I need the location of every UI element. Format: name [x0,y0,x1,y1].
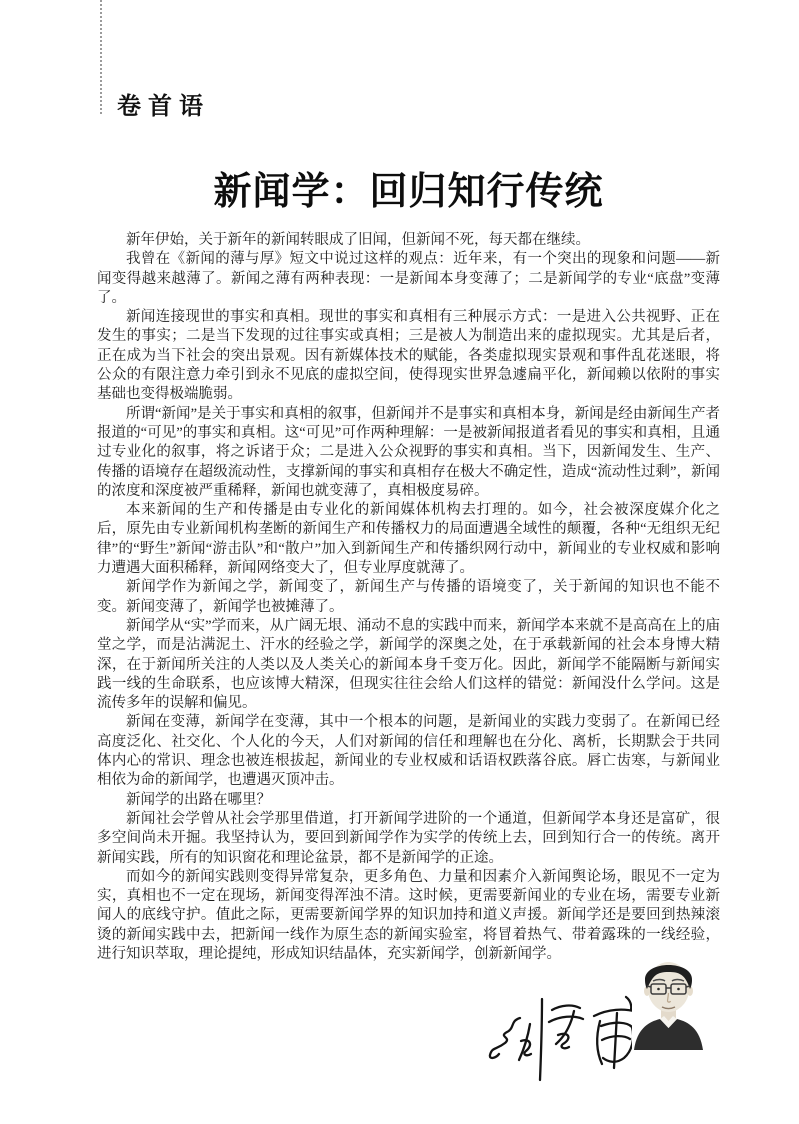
paragraph: 本来新闻的生产和传播是由专业化的新闻媒体机构去打理的。如今，社会被深度媒介化之后… [97,501,720,578]
author-signature [468,985,648,1090]
paragraph: 新闻学作为新闻之学，新闻变了，新闻生产与传播的语境变了，关于新闻的知识也不能不变… [97,578,720,617]
paragraph: 新闻学从“实”学而来，从广阔无垠、涌动不息的实践中而来，新闻学本来就不是高高在上… [97,617,720,713]
paragraph: 我曾在《新闻的薄与厚》短文中说过这样的观点：近年来，有一个突出的现象和问题——新… [97,250,720,308]
paragraph: 新闻连接现世的事实和真相。现世的事实和真相有三种展示方式：一是进入公共视野、正在… [97,308,720,404]
paragraph: 新闻社会学曾从社会学那里借道，打开新闻学进阶的一个通道，但新闻学本身还是富矿，很… [97,810,720,868]
left-dotted-rule [100,0,102,114]
paragraph: 新闻在变薄，新闻学在变薄，其中一个根本的问题，是新闻业的实践力变弱了。在新闻已经… [97,713,720,790]
paragraph: 新年伊始，关于新年的新闻转眼成了旧闻，但新闻不死，每天都在继续。 [97,231,720,250]
article-body: 新年伊始，关于新年的新闻转眼成了旧闻，但新闻不死，每天都在继续。 我曾在《新闻的… [97,231,720,964]
article-title: 新闻学：回归知行传统 [97,160,720,215]
paragraph: 所谓“新闻”是关于事实和真相的叙事，但新闻并不是事实和真相本身，新闻是经由新闻生… [97,405,720,501]
paragraph: 新闻学的出路在哪里？ [97,791,720,810]
section-kicker: 卷首语 [117,86,210,121]
magazine-page: 卷首语 新闻学：回归知行传统 新年伊始，关于新年的新闻转眼成了旧闻，但新闻不死，… [0,0,799,1124]
paragraph: 而如今的新闻实践则变得异常复杂，更多角色、力量和因素介入新闻舆论场，眼见不一定为… [97,868,720,964]
